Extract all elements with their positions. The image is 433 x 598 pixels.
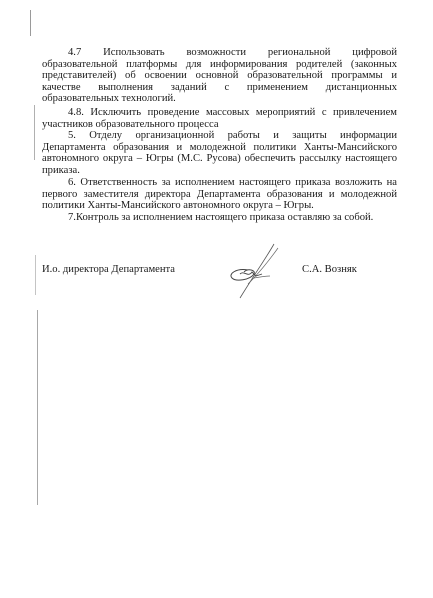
signer-position: И.о. директора Департамента [42, 264, 175, 275]
paragraph-6: 6. Ответственность за исполнением настоя… [42, 177, 397, 212]
paragraph-5: 5. Отделу организационной работы и защит… [42, 130, 397, 176]
paragraph-7: 7.Контроль за исполнением настоящего при… [42, 212, 397, 224]
paragraph-4-8: 4.8. Исключить проведение массовых мероп… [42, 107, 397, 130]
scan-margin-line [37, 310, 38, 505]
scan-margin-line [30, 10, 31, 36]
paragraph-text: 6. Ответственность за исполнением настоя… [42, 177, 397, 212]
scan-margin-line [34, 105, 35, 160]
signer-name: С.А. Возняк [302, 264, 357, 275]
paragraph-text: 4.8. Исключить проведение массовых мероп… [42, 107, 397, 130]
paragraph-text: 4.7 Использовать возможности регионально… [42, 47, 397, 105]
scan-margin-line [35, 255, 36, 295]
paragraph-4-7: 4.7 Использовать возможности регионально… [42, 47, 397, 105]
paragraph-text: 5. Отделу организационной работы и защит… [42, 130, 397, 176]
handwritten-signature-icon [218, 240, 288, 302]
paragraph-text: 7.Контроль за исполнением настоящего при… [42, 212, 397, 224]
document-page: 4.7 Использовать возможности регионально… [0, 0, 433, 598]
